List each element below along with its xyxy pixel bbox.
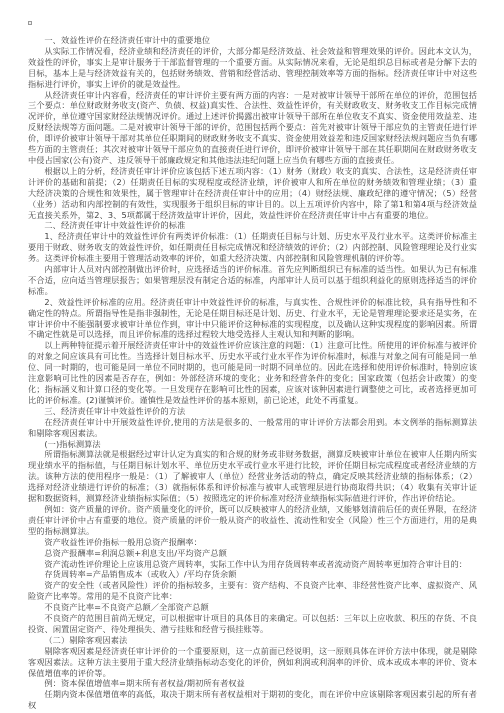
formula-total-asset-return: 总资产报酬率=利润总额+利息支出/平均资产总额 [28,548,477,559]
paragraph: 1、经济责任审计中的效益性评价有两类评价标准：（1）任期责任目标与计划、历史水平… [28,231,477,264]
paragraph: 不良资产的范围目前尚无规定，可以根据审计项目的具体目的来确定。可以包括：三年以上… [28,613,477,635]
paragraph: 在经济责任审计中开展效益性评价,使用的方法是很多的、一般常用的审计评价方法都会用… [28,417,477,439]
formula-inventory-turnover: 存货周转率=产品销售成本（或收入）/平均存货余额 [28,569,477,580]
paragraph: 2、效益性评价标准的应用。经济责任审计中效益性评价的标准，与真实性、合规性评价的… [28,297,477,341]
section-1-heading: 一、效益性评价在经济责任审计中的重要地位 [28,35,477,46]
paragraph: 剔除客观因素是经济责任审计评价的一个重要原则，这一点前面已经说明，这一原则具体在… [28,646,477,679]
formula-capital-preservation-rate: 例：资本保值增值率=期末所有者权益/期初所有者权益 [28,678,477,689]
paragraph: 根据以上的分析，经济责任审计评价应该包括下述五项内容：（1）财务（财政）收支的真… [28,166,477,221]
paragraph: 以上两种特征提示着开展经济责任审计中的效益性评价应该注意的问题：（1）注意可比性… [28,340,477,405]
paragraph: 从实际工作情况看，经济业绩和经济责任的评价，大部分都是经济效益、社会效益和管理效… [28,46,477,90]
paragraph: 内部审计人员对内部控制做出评价时，应选择适当的评价标准。首先应判断组织已有标准的… [28,264,477,297]
article-body: 一、效益性评价在经济责任审计中的重要地位 从实际工作情况看，经济业绩和经济责任的… [28,35,477,711]
paragraph: 资产的安全性（或者风险性）评价的指标较多，主要有：资产结构、不良资产比率、非经营… [28,580,477,602]
subsection-1-heading: (一)指标测算法 [28,439,477,450]
paragraph: 所谓指标测算法就是根据经过审计认定为真实的和合规的财务或非财务数据，测算反映被审… [28,449,477,504]
section-2-heading: 二、经济责任审计中效益性评价的标准 [28,220,477,231]
broken-image-placeholder-icon [28,21,32,25]
formula-bad-asset-ratio: 不良资产比率=不良资产总额／全部资产总额 [28,602,477,613]
subsection-2-heading: （二）剔除客观因素法 [28,635,477,646]
paragraph: 资产流动性评价理论上应该用总资产周转率，实际工作中认为用存货周转率或者流动资产周… [28,559,477,570]
paragraph: 从经济责任审计内容看，经济责任的审计评价主要有两方面的内容：一是对被审计领导干部… [28,90,477,166]
section-3-heading: 三、经济责任审计中效益性评价的方法 [28,406,477,417]
paragraph: 例如：资产质量的评价。资产质量变化的评价，既可以反映被审人的经济业绩，又能够划清… [28,504,477,537]
paragraph: 资产收益性评价指标一般用总资产报酬率： [28,537,477,548]
document-page: 一、效益性评价在经济责任审计中的重要地位 从实际工作情况看，经济业绩和经济责任的… [0,0,504,713]
paragraph: 任期内资本保值增值率的高低，取决于期末所有者权益相对于期初的变化，而在评价中应该… [28,689,477,711]
